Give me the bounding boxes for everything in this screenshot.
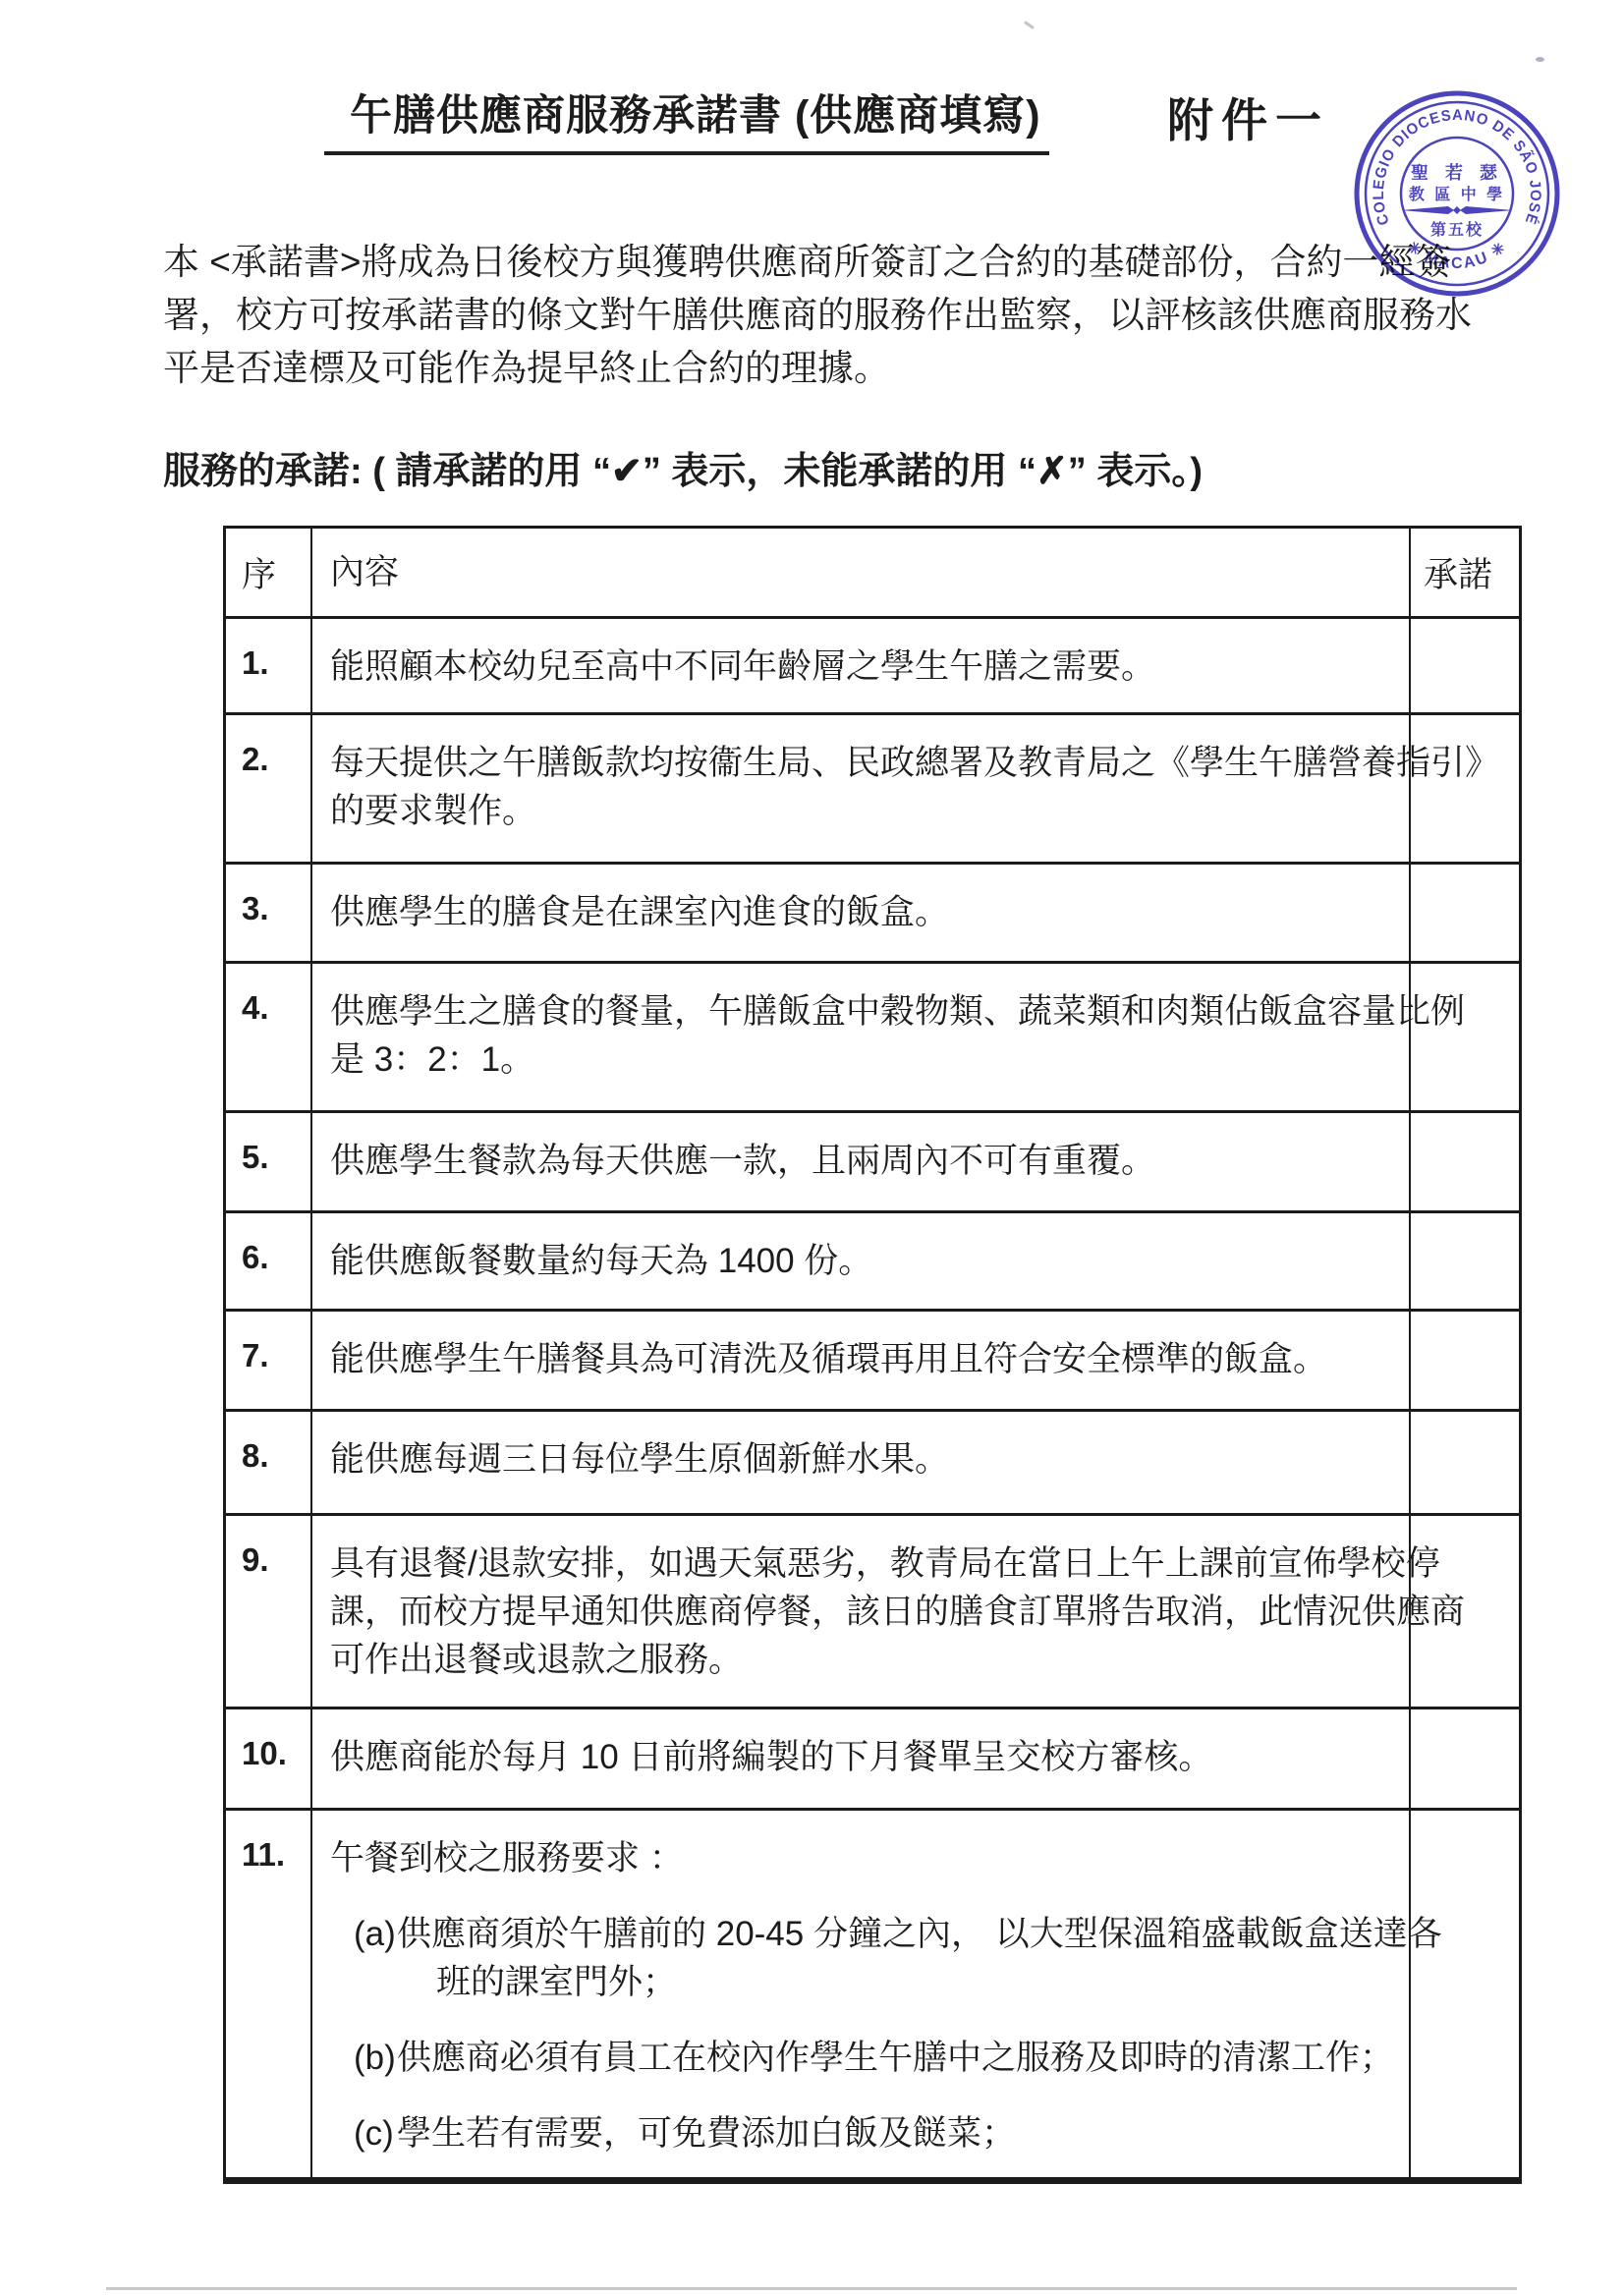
table-row: 6.能供應飯餐數量約每天為 1400 份。	[226, 1213, 1519, 1312]
intro-paragraph: 本 <承諾書>將成為日後校方與獲聘供應商所簽訂之合約的基礎部份，合約一經簽 署，…	[163, 236, 1472, 395]
row-content-cell: 能供應學生午膳餐具為可清洗及循環再用且符合安全標準的飯盒。	[312, 1312, 1411, 1409]
content-line: 的要求製作。	[330, 787, 1395, 835]
sub-item-line: 供應商必須有員工在校內作學生午膳中之服務及即時的清潔工作；	[397, 2034, 1394, 2082]
table-body: 1.能照顧本校幼兒至高中不同年齡層之學生午膳之需要。2.每天提供之午膳飯款均按衞…	[226, 619, 1519, 2177]
row-number-cell: 3.	[226, 865, 312, 961]
row-content-cell: 每天提供之午膳飯款均按衞生局、民政總署及教青局之《學生午膳營養指引》的要求製作。	[312, 715, 1411, 862]
row-number-cell: 9.	[226, 1516, 312, 1707]
row-number-cell: 4.	[226, 964, 312, 1110]
content-line: 能供應每週三日每位學生原個新鮮水果。	[330, 1435, 1395, 1484]
intro-line: 本 <承諾書>將成為日後校方與獲聘供應商所簽訂之合約的基礎部份，合約一經簽	[163, 236, 1472, 289]
row-content-cell: 午餐到校之服務要求 ：(a)供應商須於午膳前的 20-45 分鐘之內， 以大型保…	[312, 1811, 1411, 2177]
document-page: 午膳供應商服務承諾書 (供應商填寫) 附件一 本 <承諾書>將成為日後校方與獲聘…	[0, 0, 1624, 2296]
section-heading: 服務的承諾: ( 請承諾的用 “✔” 表示，未能承諾的用 “✗” 表示。)	[163, 440, 1203, 494]
row-content-cell: 能照顧本校幼兒至高中不同年齡層之學生午膳之需要。	[312, 619, 1411, 712]
row-content-cell: 供應學生的膳食是在課室內進食的飯盒。	[312, 865, 1411, 961]
row-number-cell: 7.	[226, 1312, 312, 1409]
table-row: 11.午餐到校之服務要求 ：(a)供應商須於午膳前的 20-45 分鐘之內， 以…	[226, 1811, 1519, 2177]
commit-entry-cell	[1411, 865, 1519, 961]
scan-artifact-line	[106, 2287, 1517, 2290]
content-line: 供應學生的膳食是在課室內進食的飯盒。	[330, 888, 1395, 936]
sub-item-text: 學生若有需要，可免費添加白飯及餸菜；	[397, 2109, 1016, 2157]
content-line: 是 3：2：1。	[330, 1036, 1395, 1084]
scan-speck	[1024, 21, 1035, 29]
content-line: 具有退餐/退款安排，如遇天氣惡劣，教青局在當日上午上課前宣佈學校停	[330, 1540, 1395, 1588]
row-content-cell: 供應學生之膳食的餐量，午膳飯盒中穀物類、蔬菜類和肉類佔飯盒容量比例是 3：2：1…	[312, 964, 1411, 1110]
svg-text:✳ MACAU ✳: ✳ MACAU ✳	[1404, 239, 1511, 272]
commit-entry-cell	[1411, 619, 1519, 712]
table-row: 7.能供應學生午膳餐具為可清洗及循環再用且符合安全標準的飯盒。	[226, 1312, 1519, 1412]
sub-item: (c)學生若有需要，可免費添加白飯及餸菜；	[354, 2109, 1395, 2157]
content-line: 能供應學生午膳餐具為可清洗及循環再用且符合安全標準的飯盒。	[330, 1335, 1395, 1383]
row-content-cell: 供應商能於每月 10 日前將編製的下月餐單呈交校方審核。	[312, 1709, 1411, 1808]
scan-speck	[1536, 57, 1544, 62]
content-line: 供應學生之膳食的餐量，午膳飯盒中穀物類、蔬菜類和肉類佔飯盒容量比例	[330, 987, 1395, 1036]
row-content-cell: 具有退餐/退款安排，如遇天氣惡劣，教青局在當日上午上課前宣佈學校停課，而校方提早…	[312, 1516, 1411, 1707]
table-row: 2.每天提供之午膳飯款均按衞生局、民政總署及教青局之《學生午膳營養指引》的要求製…	[226, 715, 1519, 865]
commit-entry-cell	[1411, 1412, 1519, 1513]
table-row: 10.供應商能於每月 10 日前將編製的下月餐單呈交校方審核。	[226, 1709, 1519, 1811]
sub-item-label: (b)	[354, 2034, 397, 2082]
sub-item-label: (c)	[354, 2109, 397, 2157]
sub-item: (b)供應商必須有員工在校內作學生午膳中之服務及即時的清潔工作；	[354, 2034, 1395, 2082]
content-line: 能照顧本校幼兒至高中不同年齡層之學生午膳之需要。	[330, 643, 1395, 691]
attachment-label: 附件一	[1167, 84, 1329, 150]
commit-entry-cell	[1411, 1213, 1519, 1309]
table-row: 4.供應學生之膳食的餐量，午膳飯盒中穀物類、蔬菜類和肉類佔飯盒容量比例是 3：2…	[226, 964, 1519, 1113]
content-line: 午餐到校之服務要求 ：	[330, 1834, 1395, 1882]
commit-entry-cell	[1411, 1811, 1519, 2177]
content-line: 能供應飯餐數量約每天為 1400 份。	[330, 1237, 1395, 1285]
commit-entry-cell	[1411, 1312, 1519, 1409]
row-content-cell: 能供應飯餐數量約每天為 1400 份。	[312, 1213, 1411, 1309]
row-content-cell: 供應學生餐款為每天供應一款，且兩周內不可有重覆。	[312, 1113, 1411, 1210]
commit-entry-cell	[1411, 1709, 1519, 1808]
sub-item: (a)供應商須於午膳前的 20-45 分鐘之內， 以大型保溫箱盛載飯盒送達各班的…	[354, 1910, 1395, 2006]
commit-entry-cell	[1411, 715, 1519, 862]
commitment-table: 序 內容 承諾 1.能照顧本校幼兒至高中不同年齡層之學生午膳之需要。2.每天提供…	[223, 526, 1522, 2184]
header-no: 序	[226, 529, 312, 616]
school-stamp-icon: COLEGIO DIOCESANO DE SÃO JOSÉ ✳ MACAU ✳ …	[1352, 88, 1562, 299]
table-row: 3.供應學生的膳食是在課室內進食的飯盒。	[226, 865, 1519, 964]
commit-entry-cell	[1411, 1516, 1519, 1707]
sub-item-text: 供應商須於午膳前的 20-45 分鐘之內， 以大型保溫箱盛載飯盒送達各班的課室門…	[397, 1910, 1442, 2006]
header-commit: 承諾	[1411, 529, 1519, 616]
header-content: 內容	[312, 529, 1411, 616]
sub-item-line: 供應商須於午膳前的 20-45 分鐘之內， 以大型保溫箱盛載飯盒送達各	[397, 1910, 1442, 1958]
row-number-cell: 8.	[226, 1412, 312, 1513]
row-content-cell: 能供應每週三日每位學生原個新鮮水果。	[312, 1412, 1411, 1513]
table-row: 5.供應學生餐款為每天供應一款，且兩周內不可有重覆。	[226, 1113, 1519, 1213]
sub-item-line: 班的課室門外；	[436, 1958, 1442, 2006]
content-line: 課，而校方提早通知供應商停餐，該日的膳食訂單將告取消，此情況供應商	[330, 1588, 1395, 1636]
row-number-cell: 2.	[226, 715, 312, 862]
row-number-cell: 5.	[226, 1113, 312, 1210]
row-number-cell: 11.	[226, 1811, 312, 2177]
sub-item-line: 學生若有需要，可免費添加白飯及餸菜；	[397, 2109, 1016, 2157]
svg-text:聖 若 瑟: 聖 若 瑟	[1411, 162, 1503, 183]
sub-item-label: (a)	[354, 1910, 397, 2006]
page-title: 午膳供應商服務承諾書 (供應商填寫)	[324, 83, 1049, 155]
content-line: 供應學生餐款為每天供應一款，且兩周內不可有重覆。	[330, 1137, 1395, 1185]
row-number-cell: 1.	[226, 619, 312, 712]
table-row: 9.具有退餐/退款安排，如遇天氣惡劣，教青局在當日上午上課前宣佈學校停課，而校方…	[226, 1516, 1519, 1709]
intro-line: 平是否達標及可能作為提早終止合約的理據。	[163, 342, 1472, 395]
school-stamp: COLEGIO DIOCESANO DE SÃO JOSÉ ✳ MACAU ✳ …	[1352, 88, 1562, 299]
table-row: 1.能照顧本校幼兒至高中不同年齡層之學生午膳之需要。	[226, 619, 1519, 715]
sub-item-text: 供應商必須有員工在校內作學生午膳中之服務及即時的清潔工作；	[397, 2034, 1394, 2082]
svg-text:教 區 中 學: 教 區 中 學	[1409, 185, 1505, 203]
table-row: 8.能供應每週三日每位學生原個新鮮水果。	[226, 1412, 1519, 1516]
row-number-cell: 6.	[226, 1213, 312, 1309]
svg-text:第五校: 第五校	[1430, 220, 1484, 239]
table-header-row: 序 內容 承諾	[226, 529, 1519, 619]
intro-line: 署，校方可按承諾書的條文對午膳供應商的服務作出監察，以評核該供應商服務水	[163, 289, 1472, 342]
content-line: 可作出退餐或退款之服務。	[330, 1636, 1395, 1684]
commit-entry-cell	[1411, 1113, 1519, 1210]
row-number-cell: 10.	[226, 1709, 312, 1808]
content-line: 供應商能於每月 10 日前將編製的下月餐單呈交校方審核。	[330, 1733, 1395, 1781]
content-line: 每天提供之午膳飯款均按衞生局、民政總署及教青局之《學生午膳營養指引》	[330, 739, 1395, 787]
commit-entry-cell	[1411, 964, 1519, 1110]
